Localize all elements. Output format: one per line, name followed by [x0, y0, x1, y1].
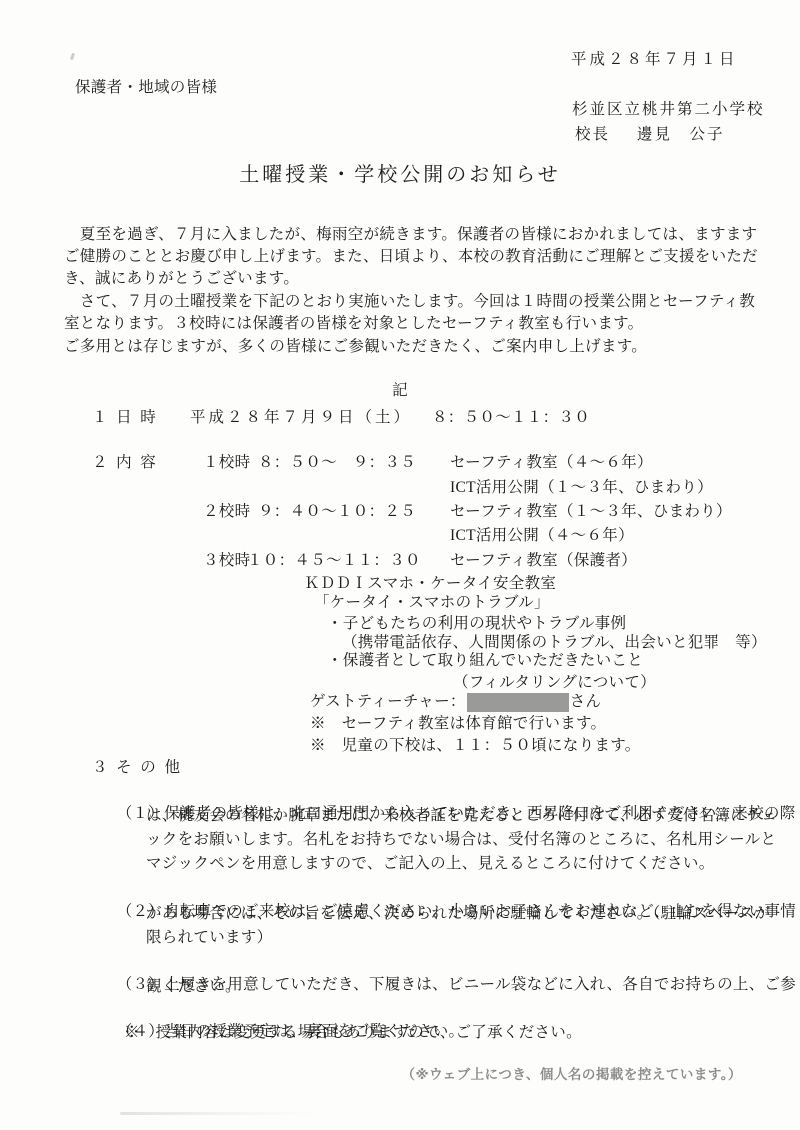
addressee: 保護者・地域の皆様	[75, 77, 217, 99]
scan-speck	[70, 53, 75, 61]
schedule-subject: セーフティ教室（保護者）	[450, 550, 637, 572]
safety-class-topic: 「ケータイ・スマホのトラブル」	[314, 592, 550, 614]
item1-time: ８：５０～１１：３０	[432, 407, 590, 429]
other-item-line: がある場合には、その旨を伝え、決められた場所に駐輪してください。（駐輪スペースが	[146, 903, 770, 925]
paragraph-line: ご健勝のこととお慶び申し上げます。また、日頃より、本校の教育活動にご理解とご支援…	[64, 246, 758, 268]
guest-teacher-label: ゲストティーチャー：	[310, 691, 466, 713]
document-date: 平成２８年７月１日	[571, 49, 738, 71]
schedule-time: １０：４５～１１：３０	[247, 550, 421, 572]
paragraph-line: 室となります。３校時には保護者の皆様を対象としたセーフティ教室も行います。	[64, 313, 644, 335]
ki-heading: 記	[0, 380, 800, 402]
principal-line: 校長 邊見 公子	[575, 124, 725, 146]
scan-smudge	[120, 1112, 320, 1115]
privacy-note: （※ウェブ上につき、個人名の掲載を控えています。）	[402, 1064, 742, 1086]
other-item-text: 上履きを用意していただき、下履きは、ビニール袋などに入れ、各自でお持ちの上、ご参	[164, 976, 796, 993]
principal-name: 邊見 公子	[637, 124, 725, 146]
schedule-subject: セーフティ教室（４～６年）	[450, 452, 653, 474]
guest-teacher-suffix: さん	[570, 691, 602, 713]
other-item-line: マジックペンを用意しますので、ご記入の上、見えるところに付けてください。	[146, 853, 715, 875]
safety-note: ※ 児童の下校は、１１：５０頃になります。	[310, 735, 641, 757]
schedule-period: ３校時	[203, 550, 250, 572]
other-item-line: は、桃友会の名札か腕章または、来校者証を見えるところに付けて、必ず受付名簿にチェ	[146, 805, 777, 827]
item3-label: ３ そ の 他	[92, 757, 180, 779]
schedule-subject: ICT活用公開（１～３年、ひまわり）	[450, 477, 713, 499]
page-title: 土曜授業・学校公開のお知らせ	[0, 164, 800, 186]
schedule-period: １校時	[203, 452, 250, 474]
school-name: 杉並区立桃井第二小学校	[572, 99, 765, 121]
item1-label: １ 日 時	[92, 407, 156, 429]
principal-title: 校長	[575, 124, 610, 146]
schedule-time: ９：４０～１０：２５	[258, 501, 416, 523]
schedule-subject: ICT活用公開（４～６年）	[450, 525, 634, 547]
change-note: ※ 授業内容は変更する場合もありますので、ご了承ください。	[124, 1022, 582, 1044]
safety-note: ※ セーフティ教室は体育館で行います。	[310, 713, 606, 735]
schedule-period: ２校時	[203, 501, 250, 523]
paragraph-line: さて、７月の土曜授業を下記のとおり実施いたします。今回は１時間の授業公開とセーフ…	[64, 291, 755, 313]
paragraph-line: き、誠にありがとうございます。	[64, 268, 299, 290]
guest-teacher-line: ゲストティーチャー： さん	[310, 691, 601, 713]
schedule-time: ８：５０～ ９：３５	[258, 452, 416, 474]
item2-label: ２ 内 容	[92, 452, 156, 474]
other-item-line: ックをお願いします。名札をお持ちでない場合は、受付名簿のところに、名札用シールと	[146, 829, 776, 851]
other-item-line: 限られています）	[146, 927, 272, 949]
safety-class-bullet: ・保護者として取り組んでいただきたいこと	[327, 650, 643, 672]
item1-date: 平成２８年７月９日（土）	[190, 407, 412, 429]
schedule-subject: セーフティ教室（１～３年、ひまわり）	[450, 501, 732, 523]
paragraph-line: 夏至を過ぎ、７月に入ましたが、梅雨空が続きます。保護者の皆様におかれましては、ま…	[64, 224, 757, 246]
paragraph-line: ご多用とは存じますが、多くの皆様にご参観いただきたく、ご案内申し上げます。	[64, 336, 647, 358]
scanned-document-page: 平成２８年７月１日 保護者・地域の皆様 杉並区立桃井第二小学校 校長 邊見 公子…	[0, 0, 800, 1130]
redacted-name-box	[467, 693, 569, 712]
other-item-line: 観ください。	[146, 976, 241, 998]
